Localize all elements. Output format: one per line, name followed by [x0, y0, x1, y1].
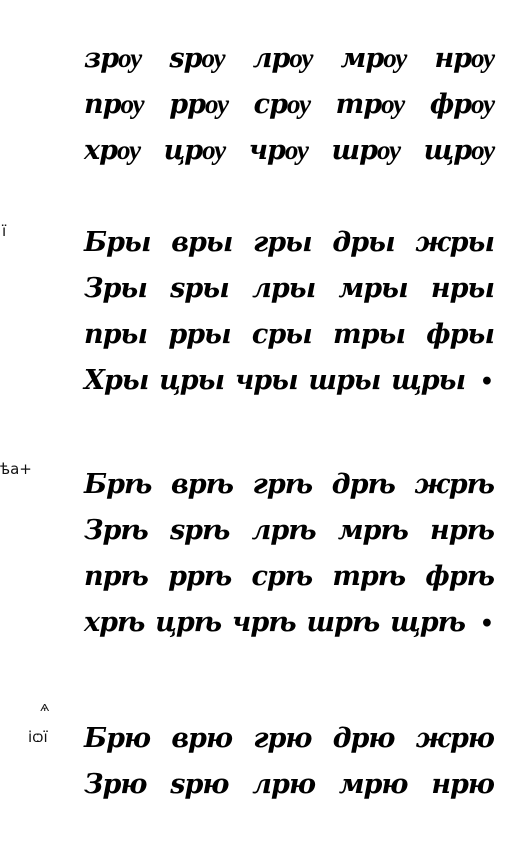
- syllable: прѹ: [84, 82, 143, 128]
- syllable: Бры: [84, 220, 150, 266]
- syllable: врѣ: [171, 462, 233, 508]
- syllable: чрѹ: [249, 128, 308, 174]
- syllable: мрѣ: [338, 508, 408, 554]
- syllable: лры: [252, 266, 315, 312]
- syllable: фрѣ: [425, 554, 494, 600]
- syllable: грѣ: [253, 462, 312, 508]
- syllable: нры: [431, 266, 494, 312]
- syllable-block-ru: зрѹ ѕрѹ лрѹ мрѹ нрѹ прѹ ррѹ срѹ трѹ фрѹ …: [84, 36, 494, 174]
- syllable: ѕрю: [170, 762, 228, 808]
- syllable: цры: [159, 358, 224, 404]
- syllable: трѹ: [336, 82, 404, 128]
- syllable: мры: [339, 266, 408, 312]
- syllable: щрѹ: [424, 128, 494, 174]
- syllable: тры: [333, 312, 405, 358]
- syllable: грю: [253, 716, 311, 762]
- syllable: гры: [253, 220, 312, 266]
- syllable: щры: [391, 358, 465, 404]
- syllable-row: Зрѣ ѕрѣ лрѣ мрѣ нрѣ: [84, 508, 494, 554]
- syllable-row: Брѣ врѣ грѣ дрѣ жрѣ: [84, 462, 494, 508]
- syllable: ѕрѣ: [170, 508, 229, 554]
- syllable: чры: [235, 358, 298, 404]
- syllable-row: зрѹ ѕрѹ лрѹ мрѹ нрѹ: [84, 36, 494, 82]
- syllable: лрѣ: [252, 508, 316, 554]
- syllable-row: Хры цры чры шры щры •: [84, 358, 494, 404]
- syllable: хрѣ: [84, 600, 144, 646]
- syllable: нрѣ: [430, 508, 494, 554]
- syllable: мрѹ: [341, 36, 406, 82]
- syllable-block-re: Брѣ врѣ грѣ дрѣ жрѣ Зрѣ ѕрѣ лрѣ мрѣ нрѣ …: [84, 462, 494, 646]
- syllable: Зры: [84, 266, 147, 312]
- syllable: ррѹ: [169, 82, 228, 128]
- syllable: шры: [308, 358, 380, 404]
- syllable-row: хрѣ црѣ чрѣ шрѣ щрѣ •: [84, 600, 494, 646]
- margin-note: іѻї: [28, 728, 48, 746]
- syllable: нрѹ: [435, 36, 494, 82]
- syllable: срѹ: [254, 82, 310, 128]
- syllable: нрю: [431, 762, 494, 808]
- syllable: лрю: [252, 762, 315, 808]
- syllable: дры: [332, 220, 394, 266]
- syllable-row: Брю врю грю дрю жрю: [84, 716, 494, 762]
- syllable: црѹ: [164, 128, 225, 174]
- syllable: врю: [171, 716, 232, 762]
- syllable: пры: [84, 312, 147, 358]
- syllable: зрѹ: [84, 36, 141, 82]
- syllable: Хры: [84, 358, 148, 404]
- syllable: срѣ: [251, 554, 312, 600]
- margin-note: ѧ: [40, 700, 49, 714]
- syllable: щрѣ: [390, 600, 465, 646]
- syllable: рры: [168, 312, 230, 358]
- primer-page: ї ѣа+ ѧ іѻї зрѹ ѕрѹ лрѹ мрѹ нрѹ прѹ ррѹ …: [0, 0, 515, 847]
- end-dot: •: [480, 359, 494, 405]
- syllable-block-ryu: Брю врю грю дрю жрю Зрю ѕрю лрю мрю нрю: [84, 716, 494, 808]
- syllable: шрѹ: [332, 128, 400, 174]
- syllable-block-ry: Бры вры гры дры жры Зры ѕры лры мры нры …: [84, 220, 494, 404]
- syllable: вры: [171, 220, 232, 266]
- syllable-row: Зрю ѕрю лрю мрю нрю: [84, 762, 494, 808]
- syllable-row: прѣ ррѣ срѣ трѣ фрѣ: [84, 554, 494, 600]
- syllable: жрѣ: [415, 462, 494, 508]
- syllable-row: хрѹ црѹ чрѹ шрѹ щрѹ: [84, 128, 494, 174]
- syllable: лрѹ: [253, 36, 313, 82]
- syllable: ѕры: [170, 266, 229, 312]
- syllable: сры: [252, 312, 312, 358]
- margin-note: ї: [2, 222, 6, 240]
- syllable: фрѹ: [430, 82, 494, 128]
- syllable: жры: [415, 220, 494, 266]
- syllable: Зрю: [84, 762, 146, 808]
- syllable: фры: [426, 312, 494, 358]
- syllable: шрѣ: [306, 600, 379, 646]
- syllable: Брю: [84, 716, 150, 762]
- syllable: хрѹ: [84, 128, 140, 174]
- syllable: ррѣ: [168, 554, 231, 600]
- syllable: прѣ: [84, 554, 148, 600]
- syllable-row: прѹ ррѹ срѹ трѹ фрѹ: [84, 82, 494, 128]
- margin-note: ѣа+: [0, 460, 32, 478]
- syllable-row: пры рры сры тры фры: [84, 312, 494, 358]
- syllable: црѣ: [155, 600, 221, 646]
- syllable: дрѣ: [332, 462, 395, 508]
- syllable-row: Зры ѕры лры мры нры: [84, 266, 494, 312]
- syllable: мрю: [339, 762, 408, 808]
- end-dot: •: [480, 601, 494, 647]
- syllable: Брѣ: [84, 462, 151, 508]
- syllable: трѣ: [332, 554, 405, 600]
- syllable: ѕрѹ: [169, 36, 224, 82]
- syllable: жрю: [416, 716, 494, 762]
- syllable-row: Бры вры гры дры жры: [84, 220, 494, 266]
- syllable: чрѣ: [232, 600, 296, 646]
- syllable: дрю: [333, 716, 395, 762]
- syllable: Зрѣ: [84, 508, 148, 554]
